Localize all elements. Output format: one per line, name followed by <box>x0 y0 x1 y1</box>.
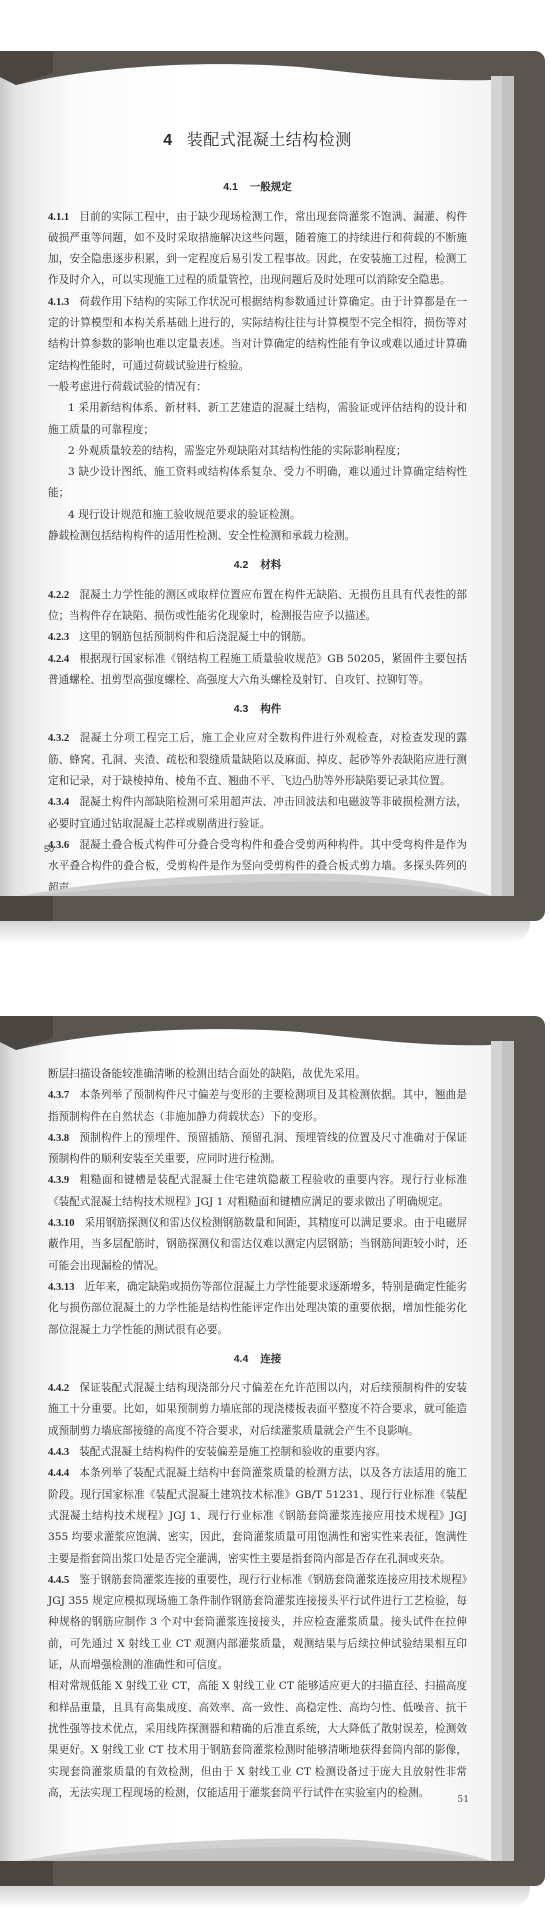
clause-text: 混凝土力学性能的测区或取样位置应布置在构件无缺陷、无损伤且具有代表性的部位；当构… <box>48 589 467 622</box>
page-sheet: 4装配式混凝土结构检测 4.1一般规定4.1.1目前的实际工程中，由于缺少现场检… <box>0 59 491 896</box>
clause-paragraph: 4.2.3这里的钢筋包括预制构件和后浇混凝土中的钢筋。 <box>48 627 467 648</box>
clause-number: 4.3.4 <box>48 797 69 808</box>
book-page-51: 断层扫描设备能较准确清晰的检测出结合面处的缺陷，故优先采用。4.3.7本条列举了… <box>0 1016 550 1886</box>
chapter-title: 4装配式混凝土结构检测 <box>48 129 467 151</box>
clause-paragraph: 4.3.8预制构件上的预埋件、预留插筋、预留孔洞、预埋管线的位置及尺寸准确对于保… <box>48 1128 467 1171</box>
clause-text: 采用钢筋探测仪和雷达仪检测钢筋数量和间距，其精度可以满足要求。由于电磁屏蔽作用，… <box>48 1217 467 1272</box>
clause-text: 装配式混凝土结构构件的安装偏差是施工控制和验收的重要内容。 <box>79 1446 386 1458</box>
page-bottom-curve <box>0 1835 491 1861</box>
clause-number: 4.3.2 <box>48 733 69 744</box>
clause-paragraph: 4.3.7本条列举了预制构件尺寸偏差与变形的主要检测项目及其检测依据。其中，翘曲… <box>48 1085 467 1128</box>
section-heading: 4.3构件 <box>48 699 467 720</box>
clause-paragraph: 4.4.2保证装配式混凝土结构现浇部分尺寸偏差在允许范围以内，对后续预制构件的安… <box>48 1378 467 1442</box>
clause-text: 保证装配式混凝土结构现浇部分尺寸偏差在允许范围以内，对后续预制构件的安装施工十分… <box>48 1382 467 1437</box>
section-heading: 4.2材料 <box>48 555 467 576</box>
clause-text: 近年来，确定缺陷或损伤等部位混凝土力学性能要求逐渐增多，特别是确定性能劣化与损伤… <box>48 1281 467 1336</box>
body-paragraph: 相对常规低能 X 射线工业 CT，高能 X 射线工业 CT 能够适应更大的扫描直… <box>48 1676 467 1804</box>
section-title-text: 材料 <box>260 559 281 571</box>
page-stack-edge <box>502 1041 514 1861</box>
clause-text: 目前的实际工程中，由于缺少现场检测工作，常出现套筒灌浆不饱满、漏灌、构件破损严重… <box>48 211 467 287</box>
book-shadow <box>0 921 530 943</box>
book-shadow <box>0 1886 530 1908</box>
page-top-curve <box>0 59 491 89</box>
clause-paragraph: 4.4.5鉴于钢筋套筒灌浆连接的重要性，现行行业标准《钢筋套筒灌浆连接应用技术规… <box>48 1570 467 1676</box>
page-content: 断层扫描设备能较准确清晰的检测出结合面处的缺陷，故优先采用。4.3.7本条列举了… <box>48 1064 467 1804</box>
section-title-text: 一般规定 <box>250 181 292 193</box>
clause-number: 4.4.4 <box>48 1468 69 1479</box>
chapter-number: 4 <box>163 132 172 149</box>
page-number: 50 <box>44 844 54 854</box>
clause-paragraph: 4.3.10采用钢筋探测仪和雷达仪检测钢筋数量和间距，其精度可以满足要求。由于电… <box>48 1213 467 1277</box>
clause-paragraph: 4.4.4本条列举了装配式混凝土结构中套筒灌浆质量的检测方法，以及各方法适用的施… <box>48 1463 467 1569</box>
section-number: 4.3 <box>234 703 249 715</box>
list-item: 3 缺少设计图纸、施工资料或结构体系复杂、受力不明确，难以通过计算确定结构性能； <box>48 462 467 505</box>
clause-paragraph: 4.3.9粗糙面和键槽是装配式混凝土住宅建筑隐蔽工程验收的重要内容。现行行业标准… <box>48 1170 467 1213</box>
clause-text: 预制构件上的预埋件、预留插筋、预留孔洞、预埋管线的位置及尺寸准确对于保证预制构件… <box>48 1132 467 1165</box>
clause-text: 这里的钢筋包括预制构件和后浇混凝土中的钢筋。 <box>79 631 312 643</box>
body-paragraph: 一般考虑进行荷载试验的情况有： <box>48 377 467 398</box>
clause-number: 4.3.7 <box>48 1090 69 1101</box>
clause-number: 4.4.2 <box>48 1383 69 1394</box>
clause-text: 根据现行国家标准《钢结构工程施工质量验收规范》GB 50205，紧固件主要包括普… <box>48 653 467 686</box>
clause-text: 混凝土构件内部缺陷检测可采用超声法、冲击回波法和电磁波等非破损检测方法，必要时宜… <box>48 796 467 829</box>
book-page-50: 4装配式混凝土结构检测 4.1一般规定4.1.1目前的实际工程中，由于缺少现场检… <box>0 51 550 921</box>
clause-paragraph: 4.3.2混凝土分项工程完工后，施工企业应对全数构件进行外观检查，对检查发现的露… <box>48 728 467 792</box>
clause-number: 4.3.10 <box>48 1218 74 1229</box>
body-paragraph: 断层扫描设备能较准确清晰的检测出结合面处的缺陷，故优先采用。 <box>48 1064 467 1085</box>
clause-number: 4.1.1 <box>48 212 69 223</box>
section-heading: 4.1一般规定 <box>48 177 467 198</box>
clause-paragraph: 4.3.13近年来，确定缺陷或损伤等部位混凝土力学性能要求逐渐增多，特别是确定性… <box>48 1277 467 1341</box>
clause-number: 4.2.2 <box>48 590 69 601</box>
clause-paragraph: 4.2.2混凝土力学性能的测区或取样位置应布置在构件无缺陷、无损伤且具有代表性的… <box>48 585 467 628</box>
body-paragraph: 静载检测包括结构构件的适用性检测、安全性检测和承载力检测。 <box>48 526 467 547</box>
page-content: 4装配式混凝土结构检测 4.1一般规定4.1.1目前的实际工程中，由于缺少现场检… <box>48 129 467 896</box>
list-item: 4 现行设计规范和施工验收规范要求的验证检测。 <box>48 505 467 526</box>
clause-paragraph: 4.3.4混凝土构件内部缺陷检测可采用超声法、冲击回波法和电磁波等非破损检测方法… <box>48 792 467 835</box>
section-heading: 4.4连接 <box>48 1349 467 1370</box>
page-sheet: 断层扫描设备能较准确清晰的检测出结合面处的缺陷，故优先采用。4.3.7本条列举了… <box>0 1024 491 1861</box>
clause-text: 混凝土分项工程完工后，施工企业应对全数构件进行外观检查，对检查发现的露筋、蜂窝、… <box>48 732 467 787</box>
clause-number: 4.2.4 <box>48 654 69 665</box>
clause-number: 4.3.8 <box>48 1133 69 1144</box>
list-item: 2 外观质量较差的结构，需鉴定外观缺陷对其结构性能的实际影响程度； <box>48 441 467 462</box>
page-bottom-curve <box>0 870 491 896</box>
clause-number: 4.4.5 <box>48 1575 69 1586</box>
clause-number: 4.1.3 <box>48 297 69 308</box>
clause-number: 4.4.3 <box>48 1447 69 1458</box>
clause-text: 荷载作用下结构的实际工作状况可根据结构参数通过计算确定。由于计算都是在一定的计算… <box>48 296 467 372</box>
clause-number: 4.2.3 <box>48 632 69 643</box>
clause-paragraph: 4.2.4根据现行国家标准《钢结构工程施工质量验收规范》GB 50205，紧固件… <box>48 649 467 692</box>
clause-text: 粗糙面和键槽是装配式混凝土住宅建筑隐蔽工程验收的重要内容。现行行业标准《装配式混… <box>48 1174 467 1207</box>
page-stack-edge <box>502 76 514 896</box>
chapter-title-text: 装配式混凝土结构检测 <box>187 130 352 149</box>
page-number: 51 <box>458 1795 469 1805</box>
section-number: 4.4 <box>234 1353 249 1365</box>
clause-paragraph: 4.1.1目前的实际工程中，由于缺少现场检测工作，常出现套筒灌浆不饱满、漏灌、构… <box>48 207 467 292</box>
list-item: 1 采用新结构体系、新材料、新工艺建造的混凝土结构，需验证或评估结构的设计和施工… <box>48 398 467 441</box>
section-number: 4.1 <box>223 181 238 193</box>
page-top-curve <box>0 1024 491 1054</box>
section-title-text: 连接 <box>260 1353 281 1365</box>
clause-number: 4.3.9 <box>48 1175 69 1186</box>
clause-paragraph: 4.1.3荷载作用下结构的实际工作状况可根据结构参数通过计算确定。由于计算都是在… <box>48 292 467 377</box>
clause-text: 本条列举了预制构件尺寸偏差与变形的主要检测项目及其检测依据。其中，翘曲是指预制构… <box>48 1089 467 1122</box>
section-title-text: 构件 <box>260 703 281 715</box>
clause-text: 鉴于钢筋套筒灌浆连接的重要性，现行行业标准《钢筋套筒灌浆连接应用技术规程》JGJ… <box>48 1574 467 1671</box>
clause-text: 本条列举了装配式混凝土结构中套筒灌浆质量的检测方法，以及各方法适用的施工阶段。现… <box>48 1467 467 1564</box>
clause-number: 4.3.13 <box>48 1282 74 1293</box>
clause-paragraph: 4.4.3装配式混凝土结构构件的安装偏差是施工控制和验收的重要内容。 <box>48 1442 467 1463</box>
section-number: 4.2 <box>234 559 249 571</box>
